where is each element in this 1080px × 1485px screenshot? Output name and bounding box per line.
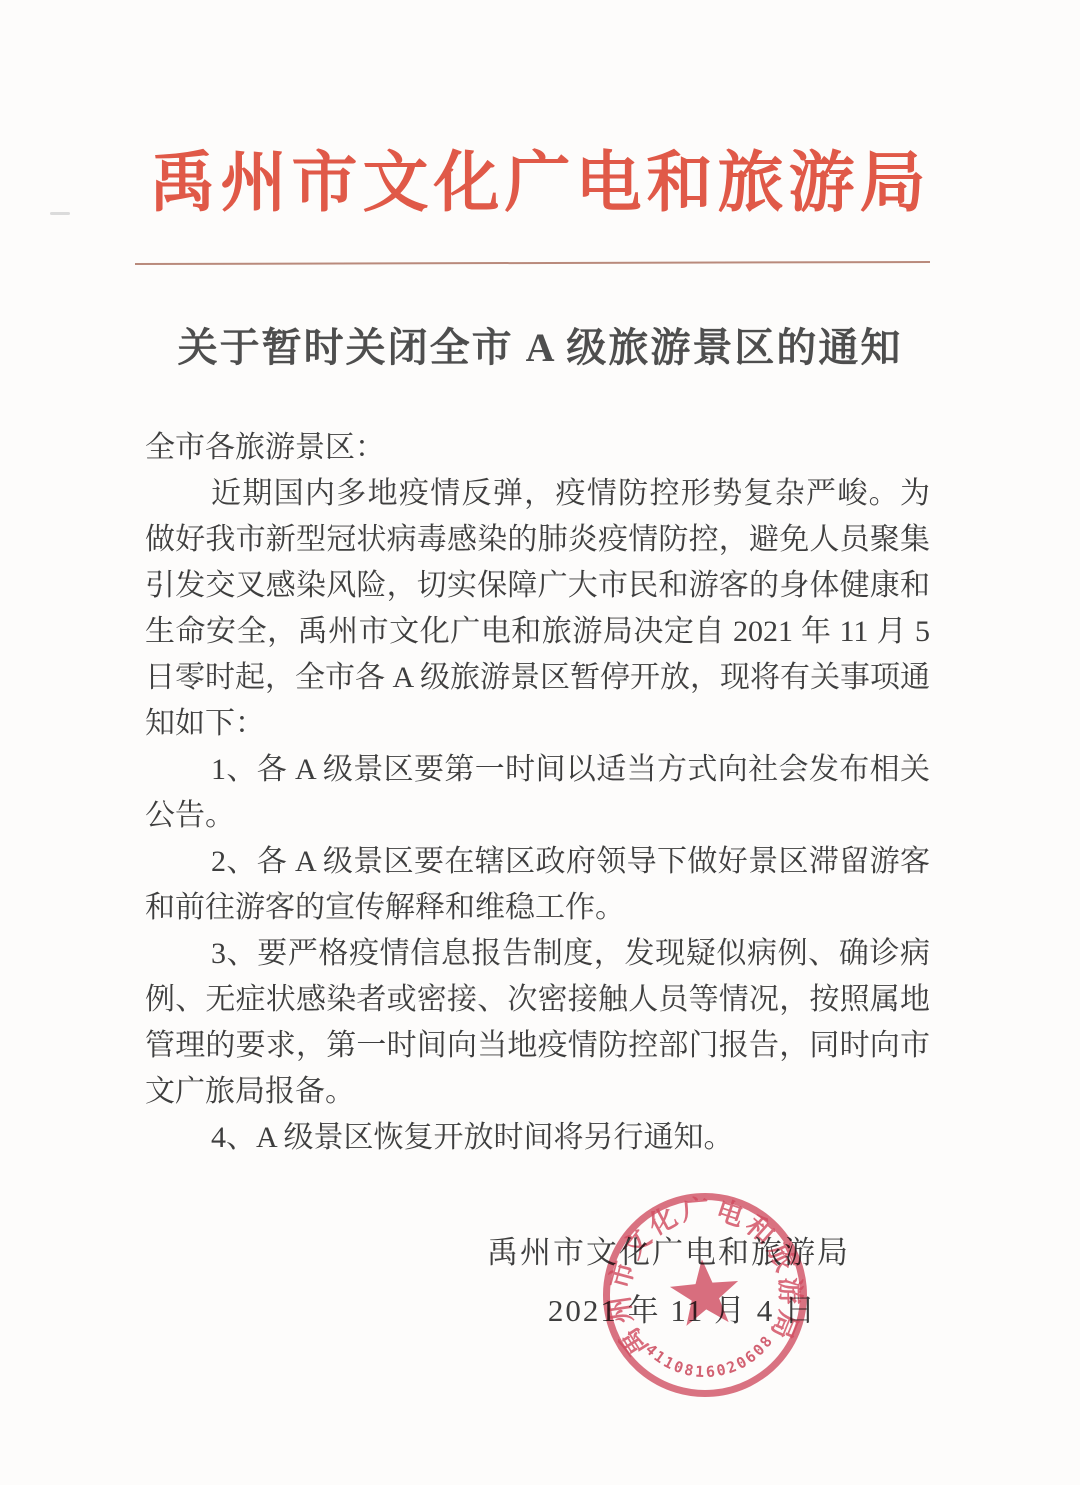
notice-body: 全市各旅游景区： 近期国内多地疫情反弹，疫情防控形势复杂严峻。为做好我市新型冠状… (0, 425, 1080, 1161)
seal-serial-number: 4110816020608 (641, 1330, 781, 1387)
body-paragraph-item-4: 4、A 级景区恢复开放时间将另行通知。 (145, 1115, 930, 1161)
body-paragraph-intro: 近期国内多地疫情反弹，疫情防控形势复杂严峻。为做好我市新型冠状病毒感染的肺炎疫情… (145, 471, 930, 747)
svg-text:4110816020608: 4110816020608 (641, 1330, 781, 1387)
scan-artifact (50, 212, 70, 215)
body-paragraph-item-3: 3、要严格疫情信息报告制度，发现疑似病例、确诊病例、无症状感染者或密接、次密接触… (145, 931, 930, 1115)
signature-date: 2021 年 11 月 4 日 (0, 1291, 1080, 1331)
document-title: 关于暂时关闭全市 A 级旅游景区的通知 (0, 264, 1080, 373)
body-paragraph-item-1: 1、各 A 级景区要第一时间以适当方式向社会发布相关公告。 (145, 747, 930, 839)
salutation: 全市各旅游景区： (145, 425, 930, 471)
body-paragraph-item-2: 2、各 A 级景区要在辖区政府领导下做好景区滞留游客和前往游客的宣传解释和维稳工… (145, 839, 930, 931)
scanned-notice-page: 禹州市文化广电和旅游局 关于暂时关闭全市 A 级旅游景区的通知 全市各旅游景区：… (0, 0, 1080, 1485)
signature-org: 禹州市文化广电和旅游局 (0, 1233, 1080, 1273)
letterhead-title: 禹州市文化广电和旅游局 (0, 0, 1080, 222)
signature-block: 禹州市文化广电和旅游局 2021 年 11 月 4 日 (0, 1233, 1080, 1331)
